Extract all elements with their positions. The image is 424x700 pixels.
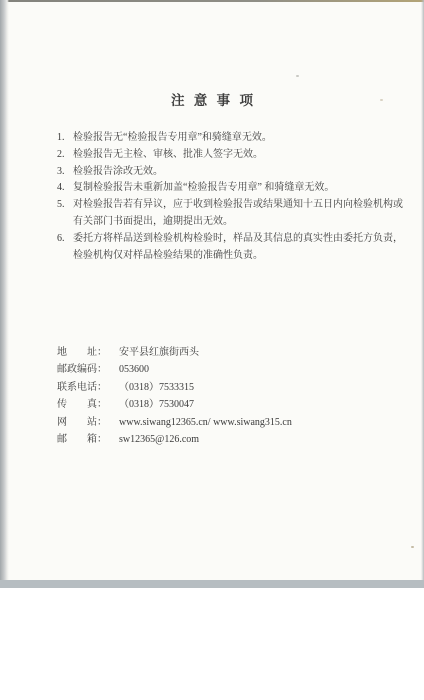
notice-text: 检验报告无“检验报告专用章”和骑缝章无效。 [73, 130, 397, 147]
notice-text: 复制检验报告未重新加盖“检验报告专用章” 和骑缝章无效。 [73, 180, 397, 197]
page-bottom-edge [0, 580, 424, 588]
contact-value: 安平县红旗街西头 [119, 344, 397, 361]
notice-number: 1. [57, 130, 73, 147]
contact-label: 邮政编码： [57, 361, 119, 378]
contact-value: （0318）7533315 [119, 379, 397, 396]
notice-item: 2. 检验报告无主检、审核、批准人签字无效。 [57, 147, 397, 164]
notice-number: 4. [57, 180, 73, 197]
contact-row-postcode: 邮政编码： 053600 [57, 361, 397, 378]
contact-label: 邮 箱： [57, 431, 119, 448]
contact-label: 地 址： [57, 344, 119, 361]
contact-label: 网 站： [57, 414, 119, 431]
notice-line: 检验报告涂改无效。 [73, 164, 397, 181]
scan-speck [411, 546, 414, 548]
notice-number: 2. [57, 147, 73, 164]
notice-text: 检验报告涂改无效。 [73, 164, 397, 181]
notice-number: 5. [57, 197, 73, 231]
notice-item: 6. 委托方将样品送到检验机构检验时，样品及其信息的真实性由委托方负责， 检验机… [57, 231, 397, 265]
contact-row-email: 邮 箱： sw12365@126.com [57, 431, 397, 448]
notice-line: 检验机构仅对样品检验结果的准确性负责。 [73, 248, 403, 265]
contact-label: 联系电话： [57, 379, 119, 396]
notice-line: 委托方将样品送到检验机构检验时，样品及其信息的真实性由委托方负责， [73, 231, 403, 248]
notice-text: 检验报告无主检、审核、批准人签字无效。 [73, 147, 397, 164]
notice-line: 有关部门书面提出，逾期提出无效。 [73, 214, 403, 231]
scan-background: 注 意 事 项 1. 检验报告无“检验报告专用章”和骑缝章无效。 2. 检验报告… [0, 0, 424, 700]
notice-line: 检验报告无主检、审核、批准人签字无效。 [73, 147, 397, 164]
notice-number: 3. [57, 164, 73, 181]
notice-item: 5. 对检验报告若有异议，应于收到检验报告或结果通知十五日内向检验机构或 有关部… [57, 197, 397, 231]
contact-label: 传 真： [57, 396, 119, 413]
scan-speck [296, 75, 299, 77]
notice-line: 对检验报告若有异议，应于收到检验报告或结果通知十五日内向检验机构或 [73, 197, 403, 214]
page-title: 注 意 事 项 [0, 89, 424, 109]
notice-line: 检验报告无“检验报告专用章”和骑缝章无效。 [73, 130, 397, 147]
contact-row-fax: 传 真： （0318）7530047 [57, 396, 397, 413]
notice-number: 6. [57, 231, 73, 265]
notice-list: 1. 检验报告无“检验报告专用章”和骑缝章无效。 2. 检验报告无主检、审核、批… [57, 130, 397, 264]
notice-line: 复制检验报告未重新加盖“检验报告专用章” 和骑缝章无效。 [73, 180, 397, 197]
contact-row-phone: 联系电话： （0318）7533315 [57, 379, 397, 396]
notice-item: 4. 复制检验报告未重新加盖“检验报告专用章” 和骑缝章无效。 [57, 180, 397, 197]
contact-value: www.siwang12365.cn/ www.siwang315.cn [119, 414, 397, 431]
notice-item: 3. 检验报告涂改无效。 [57, 164, 397, 181]
contact-row-address: 地 址： 安平县红旗街西头 [57, 344, 397, 361]
notice-item: 1. 检验报告无“检验报告专用章”和骑缝章无效。 [57, 130, 397, 147]
contact-value: （0318）7530047 [119, 396, 397, 413]
page-top-edge [6, 0, 424, 2]
notice-text: 对检验报告若有异议，应于收到检验报告或结果通知十五日内向检验机构或 有关部门书面… [73, 197, 403, 231]
notice-text: 委托方将样品送到检验机构检验时，样品及其信息的真实性由委托方负责， 检验机构仅对… [73, 231, 403, 265]
contact-row-website: 网 站： www.siwang12365.cn/ www.siwang315.c… [57, 414, 397, 431]
contact-block: 地 址： 安平县红旗街西头 邮政编码： 053600 联系电话： （0318）7… [57, 344, 397, 448]
document-page: 注 意 事 项 1. 检验报告无“检验报告专用章”和骑缝章无效。 2. 检验报告… [0, 0, 424, 588]
contact-value: sw12365@126.com [119, 431, 397, 448]
contact-value: 053600 [119, 361, 397, 378]
